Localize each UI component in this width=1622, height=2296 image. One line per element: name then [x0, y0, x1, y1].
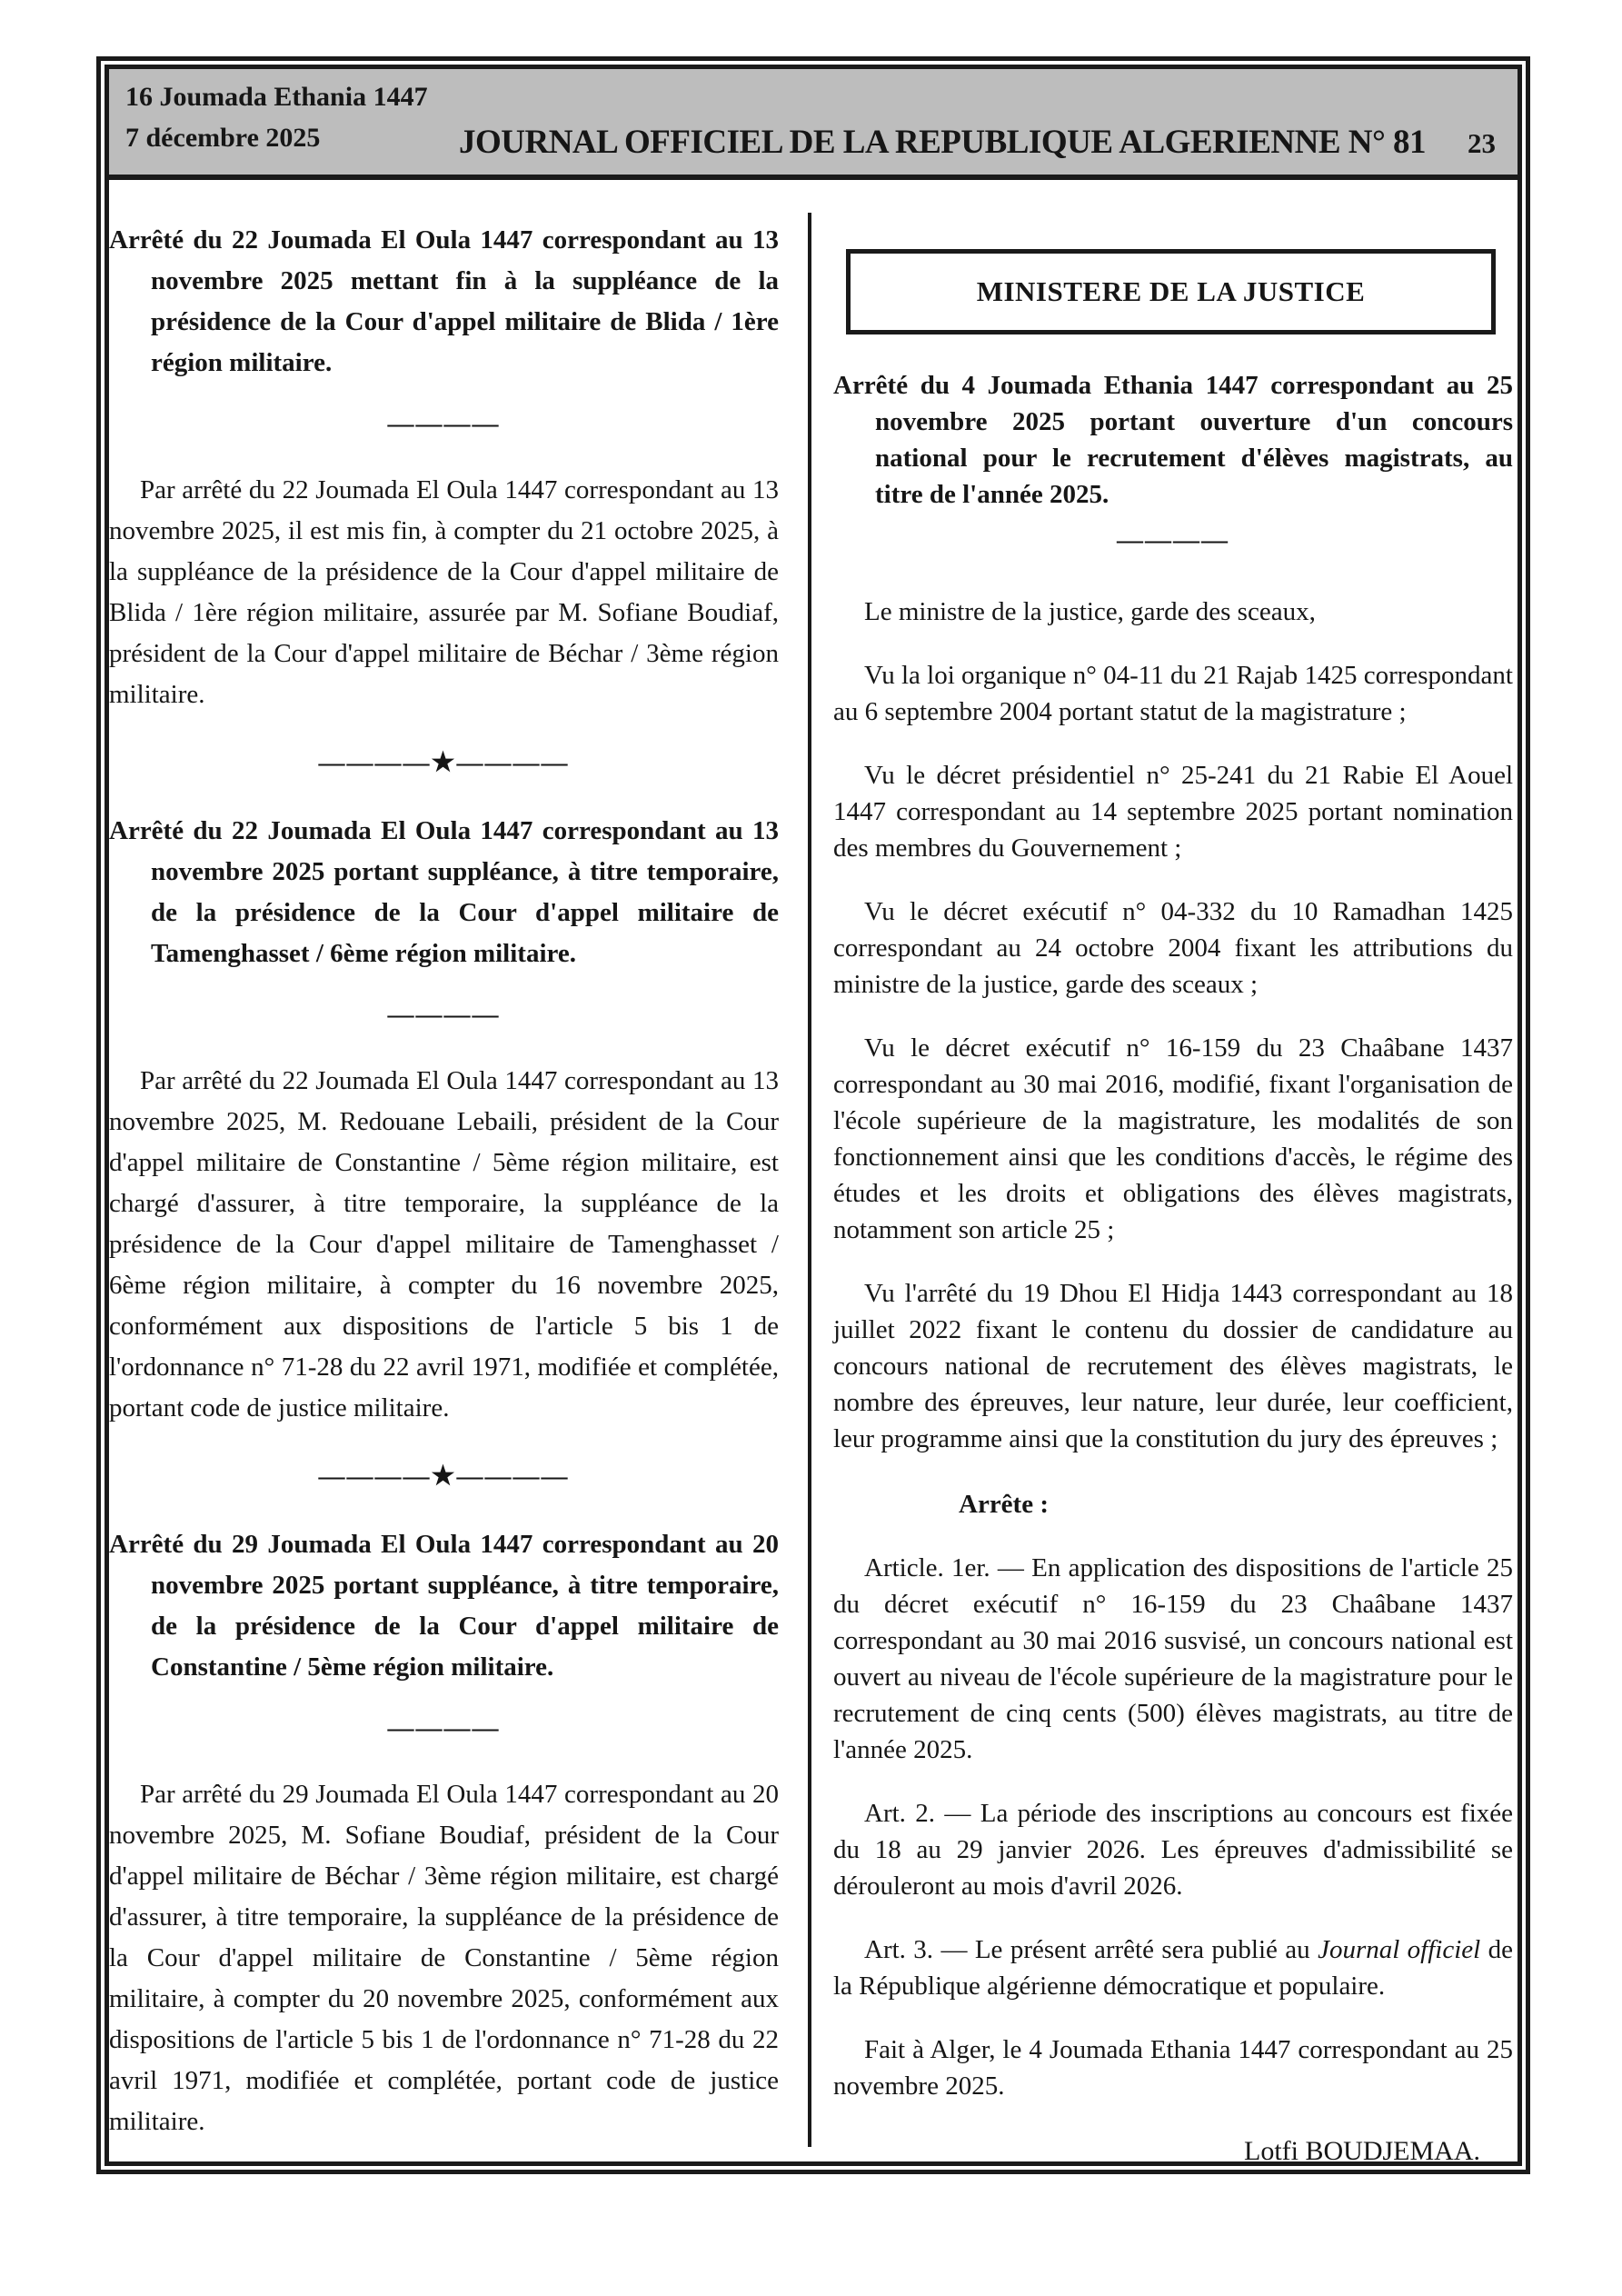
decree-body: Par arrêté du 22 Joumada El Oula 1447 co… — [109, 470, 779, 715]
right-column: MINISTERE DE LA JUSTICE Arrêté du 4 Joum… — [833, 180, 1513, 2170]
dash-separator: ———— — [109, 1002, 779, 1028]
star-separator: ————★———— — [109, 750, 779, 776]
ministry-title-box: MINISTERE DE LA JUSTICE — [846, 249, 1496, 334]
page-outer-border: 16 Joumada Ethania 1447 7 décembre 2025 … — [96, 56, 1530, 2174]
signature: Lotfi BOUDJEMAA. — [833, 2133, 1513, 2170]
decree-heading: Arrêté du 22 Joumada El Oula 1447 corres… — [109, 220, 779, 384]
article-paragraph: Art. 3. — Le présent arrêté sera publié … — [833, 1932, 1513, 2004]
ministry-title: MINISTERE DE LA JUSTICE — [977, 275, 1366, 308]
page-header: 16 Joumada Ethania 1447 7 décembre 2025 … — [109, 69, 1518, 180]
dash-separator: ———— — [109, 411, 779, 437]
article-paragraph: Article. 1er. — En application des dispo… — [833, 1550, 1513, 1768]
visa-paragraph: Vu le décret exécutif n° 04-332 du 10 Ra… — [833, 893, 1513, 1003]
header-dates: 16 Joumada Ethania 1447 7 décembre 2025 — [125, 75, 453, 169]
minister-intro: Le ministre de la justice, garde des sce… — [833, 594, 1513, 630]
hijri-date: 16 Joumada Ethania 1447 — [125, 76, 453, 117]
decree-heading: Arrêté du 4 Joumada Ethania 1447 corresp… — [833, 367, 1513, 513]
page-content: Arrêté du 22 Joumada El Oula 1447 corres… — [109, 180, 1518, 2161]
dash-separator: ———— — [109, 1715, 779, 1742]
decree-body: Par arrêté du 22 Joumada El Oula 1447 co… — [109, 1061, 779, 1429]
closing-paragraph: Fait à Alger, le 4 Joumada Ethania 1447 … — [833, 2031, 1513, 2104]
decree-body: Par arrêté du 29 Joumada El Oula 1447 co… — [109, 1774, 779, 2142]
article-paragraph: Art. 2. — La période des inscriptions au… — [833, 1795, 1513, 1904]
visa-paragraph: Vu le décret présidentiel n° 25-241 du 2… — [833, 757, 1513, 866]
journal-page: 16 Joumada Ethania 1447 7 décembre 2025 … — [0, 0, 1622, 2296]
left-column: Arrêté du 22 Joumada El Oula 1447 corres… — [109, 180, 779, 2142]
decree-heading: Arrêté du 29 Joumada El Oula 1447 corres… — [109, 1524, 779, 1688]
article-3-prefix: Art. 3. — Le présent arrêté sera publié … — [864, 1935, 1318, 1964]
decree-heading: Arrêté du 22 Joumada El Oula 1447 corres… — [109, 811, 779, 974]
dash-separator: ———— — [833, 527, 1513, 554]
visa-paragraph: Vu la loi organique n° 04-11 du 21 Rajab… — [833, 657, 1513, 730]
star-separator: ————★———— — [109, 1463, 779, 1490]
visa-paragraph: Vu l'arrêté du 19 Dhou El Hidja 1443 cor… — [833, 1275, 1513, 1457]
page-inner-border: 16 Joumada Ethania 1447 7 décembre 2025 … — [104, 65, 1522, 2166]
decision-label: Arrête : — [959, 1486, 1513, 1522]
journal-title: JOURNAL OFFICIEL DE LA REPUBLIQUE ALGERI… — [453, 123, 1432, 169]
page-number: 23 — [1432, 127, 1496, 169]
visa-paragraph: Vu le décret exécutif n° 16-159 du 23 Ch… — [833, 1030, 1513, 1248]
gregorian-date: 7 décembre 2025 — [125, 117, 453, 158]
column-divider — [808, 213, 811, 2147]
journal-officiel-italic: Journal officiel — [1318, 1935, 1480, 1964]
